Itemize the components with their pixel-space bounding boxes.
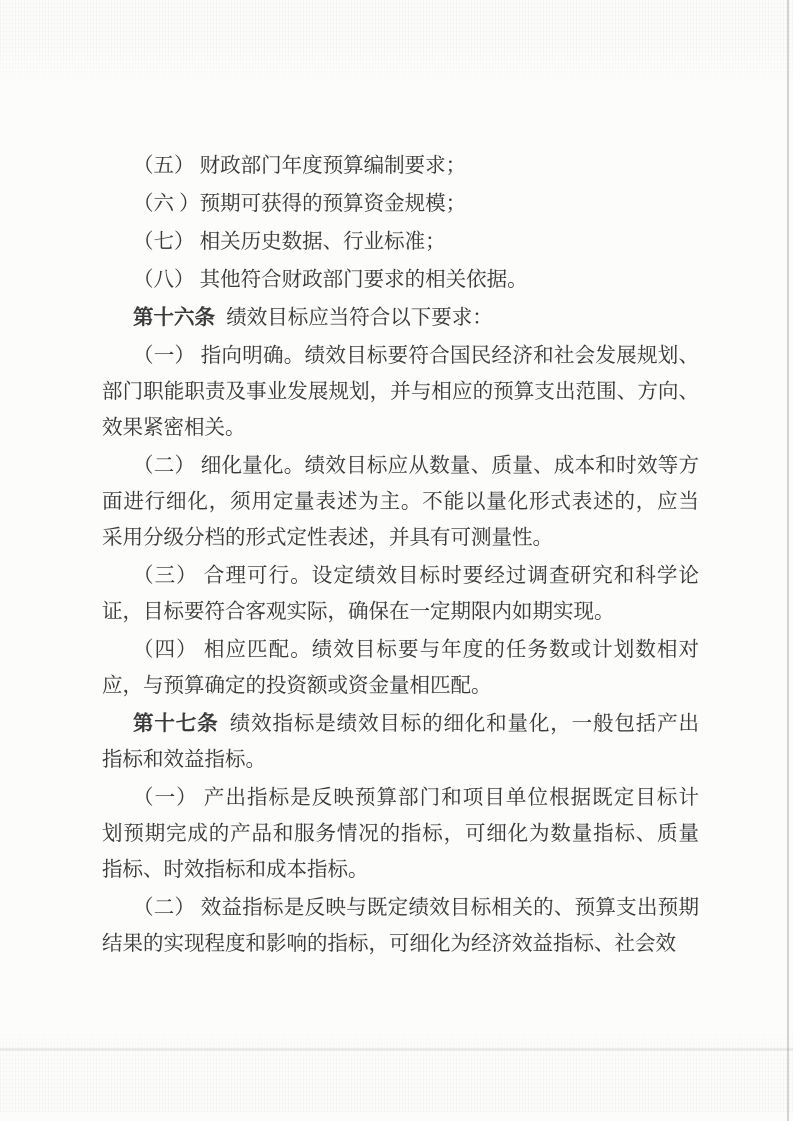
paragraph: （四） 相应匹配。绩效目标要与年度的任务数或计划数相对应，与预算确定的投资额或资… xyxy=(102,632,699,704)
scan-noise-bottom xyxy=(0,1012,793,1112)
scan-noise-top xyxy=(0,0,793,100)
text-line: 第十六条绩效目标应当符合以下要求： xyxy=(102,300,699,336)
text-line: 指标和效益指标。 xyxy=(102,742,699,778)
text-line: 部门职能职责及事业发展规划，并与相应的预算支出范围、方向、 xyxy=(102,374,699,410)
text-line: （三） 合理可行。设定绩效目标时要经过调查研究和科学论 xyxy=(102,558,699,594)
text-line: 面进行细化，须用定量表述为主。不能以量化形式表述的，应当 xyxy=(102,484,699,520)
scanner-edge-line xyxy=(787,0,789,1121)
text-line: 结果的实现程度和影响的指标，可细化为经济效益指标、社会效 xyxy=(102,926,699,962)
text-line: （六 ）预期可获得的预算资金规模； xyxy=(102,186,699,222)
paragraph: （六 ）预期可获得的预算资金规模； xyxy=(102,186,699,222)
scan-streak xyxy=(0,1048,793,1051)
document-text-block: （五） 财政部门年度预算编制要求；（六 ）预期可获得的预算资金规模；（七） 相关… xyxy=(102,148,699,962)
line-text: 绩效目标应当符合以下要求： xyxy=(226,307,493,329)
paragraph: （七） 相关历史数据、行业标准； xyxy=(102,224,699,260)
text-line: （八） 其他符合财政部门要求的相关依据。 xyxy=(102,262,699,298)
text-line: 划预期完成的产品和服务情况的指标，可细化为数量指标、质量 xyxy=(102,816,699,852)
text-line: （五） 财政部门年度预算编制要求； xyxy=(102,148,699,184)
paragraph: （二） 效益指标是反映与既定绩效目标相关的、预算支出预期结果的实现程度和影响的指… xyxy=(102,890,699,962)
paragraph: （一） 产出指标是反映预算部门和项目单位根据既定目标计划预期完成的产品和服务情况… xyxy=(102,780,699,888)
text-line: 证，目标要符合客观实际，确保在一定期限内如期实现。 xyxy=(102,594,699,630)
text-line: 第十七条绩效指标是绩效目标的细化和量化，一般包括产出 xyxy=(102,706,699,742)
text-line: （二） 效益指标是反映与既定绩效目标相关的、预算支出预期 xyxy=(102,890,699,926)
paragraph: 第十六条绩效目标应当符合以下要求： xyxy=(102,300,699,336)
article-number: 第十七条 xyxy=(133,713,218,735)
paragraph: （一） 指向明确。绩效目标要符合国民经济和社会发展规划、部门职能职责及事业发展规… xyxy=(102,338,699,446)
article-number: 第十六条 xyxy=(133,307,215,329)
text-line: （四） 相应匹配。绩效目标要与年度的任务数或计划数相对 xyxy=(102,632,699,668)
paragraph: （二） 细化量化。绩效目标应从数量、质量、成本和时效等方面进行细化，须用定量表述… xyxy=(102,448,699,556)
paragraph: （五） 财政部门年度预算编制要求； xyxy=(102,148,699,184)
text-line: 效果紧密相关。 xyxy=(102,410,699,446)
text-line: （七） 相关历史数据、行业标准； xyxy=(102,224,699,260)
text-line: 采用分级分档的形式定性表述，并具有可测量性。 xyxy=(102,520,699,556)
text-line: （一） 指向明确。绩效目标要符合国民经济和社会发展规划、 xyxy=(102,338,699,374)
scanned-document-page: （五） 财政部门年度预算编制要求；（六 ）预期可获得的预算资金规模；（七） 相关… xyxy=(0,0,793,1121)
text-line: （二） 细化量化。绩效目标应从数量、质量、成本和时效等方 xyxy=(102,448,699,484)
text-line: （一） 产出指标是反映预算部门和项目单位根据既定目标计 xyxy=(102,780,699,816)
line-text: 绩效指标是绩效目标的细化和量化，一般包括产出 xyxy=(230,713,699,735)
paragraph: 第十七条绩效指标是绩效目标的细化和量化，一般包括产出指标和效益指标。 xyxy=(102,706,699,778)
text-line: 应，与预算确定的投资额或资金量相匹配。 xyxy=(102,668,699,704)
text-line: 指标、时效指标和成本指标。 xyxy=(102,852,699,888)
paragraph: （三） 合理可行。设定绩效目标时要经过调查研究和科学论证，目标要符合客观实际，确… xyxy=(102,558,699,630)
paragraph: （八） 其他符合财政部门要求的相关依据。 xyxy=(102,262,699,298)
